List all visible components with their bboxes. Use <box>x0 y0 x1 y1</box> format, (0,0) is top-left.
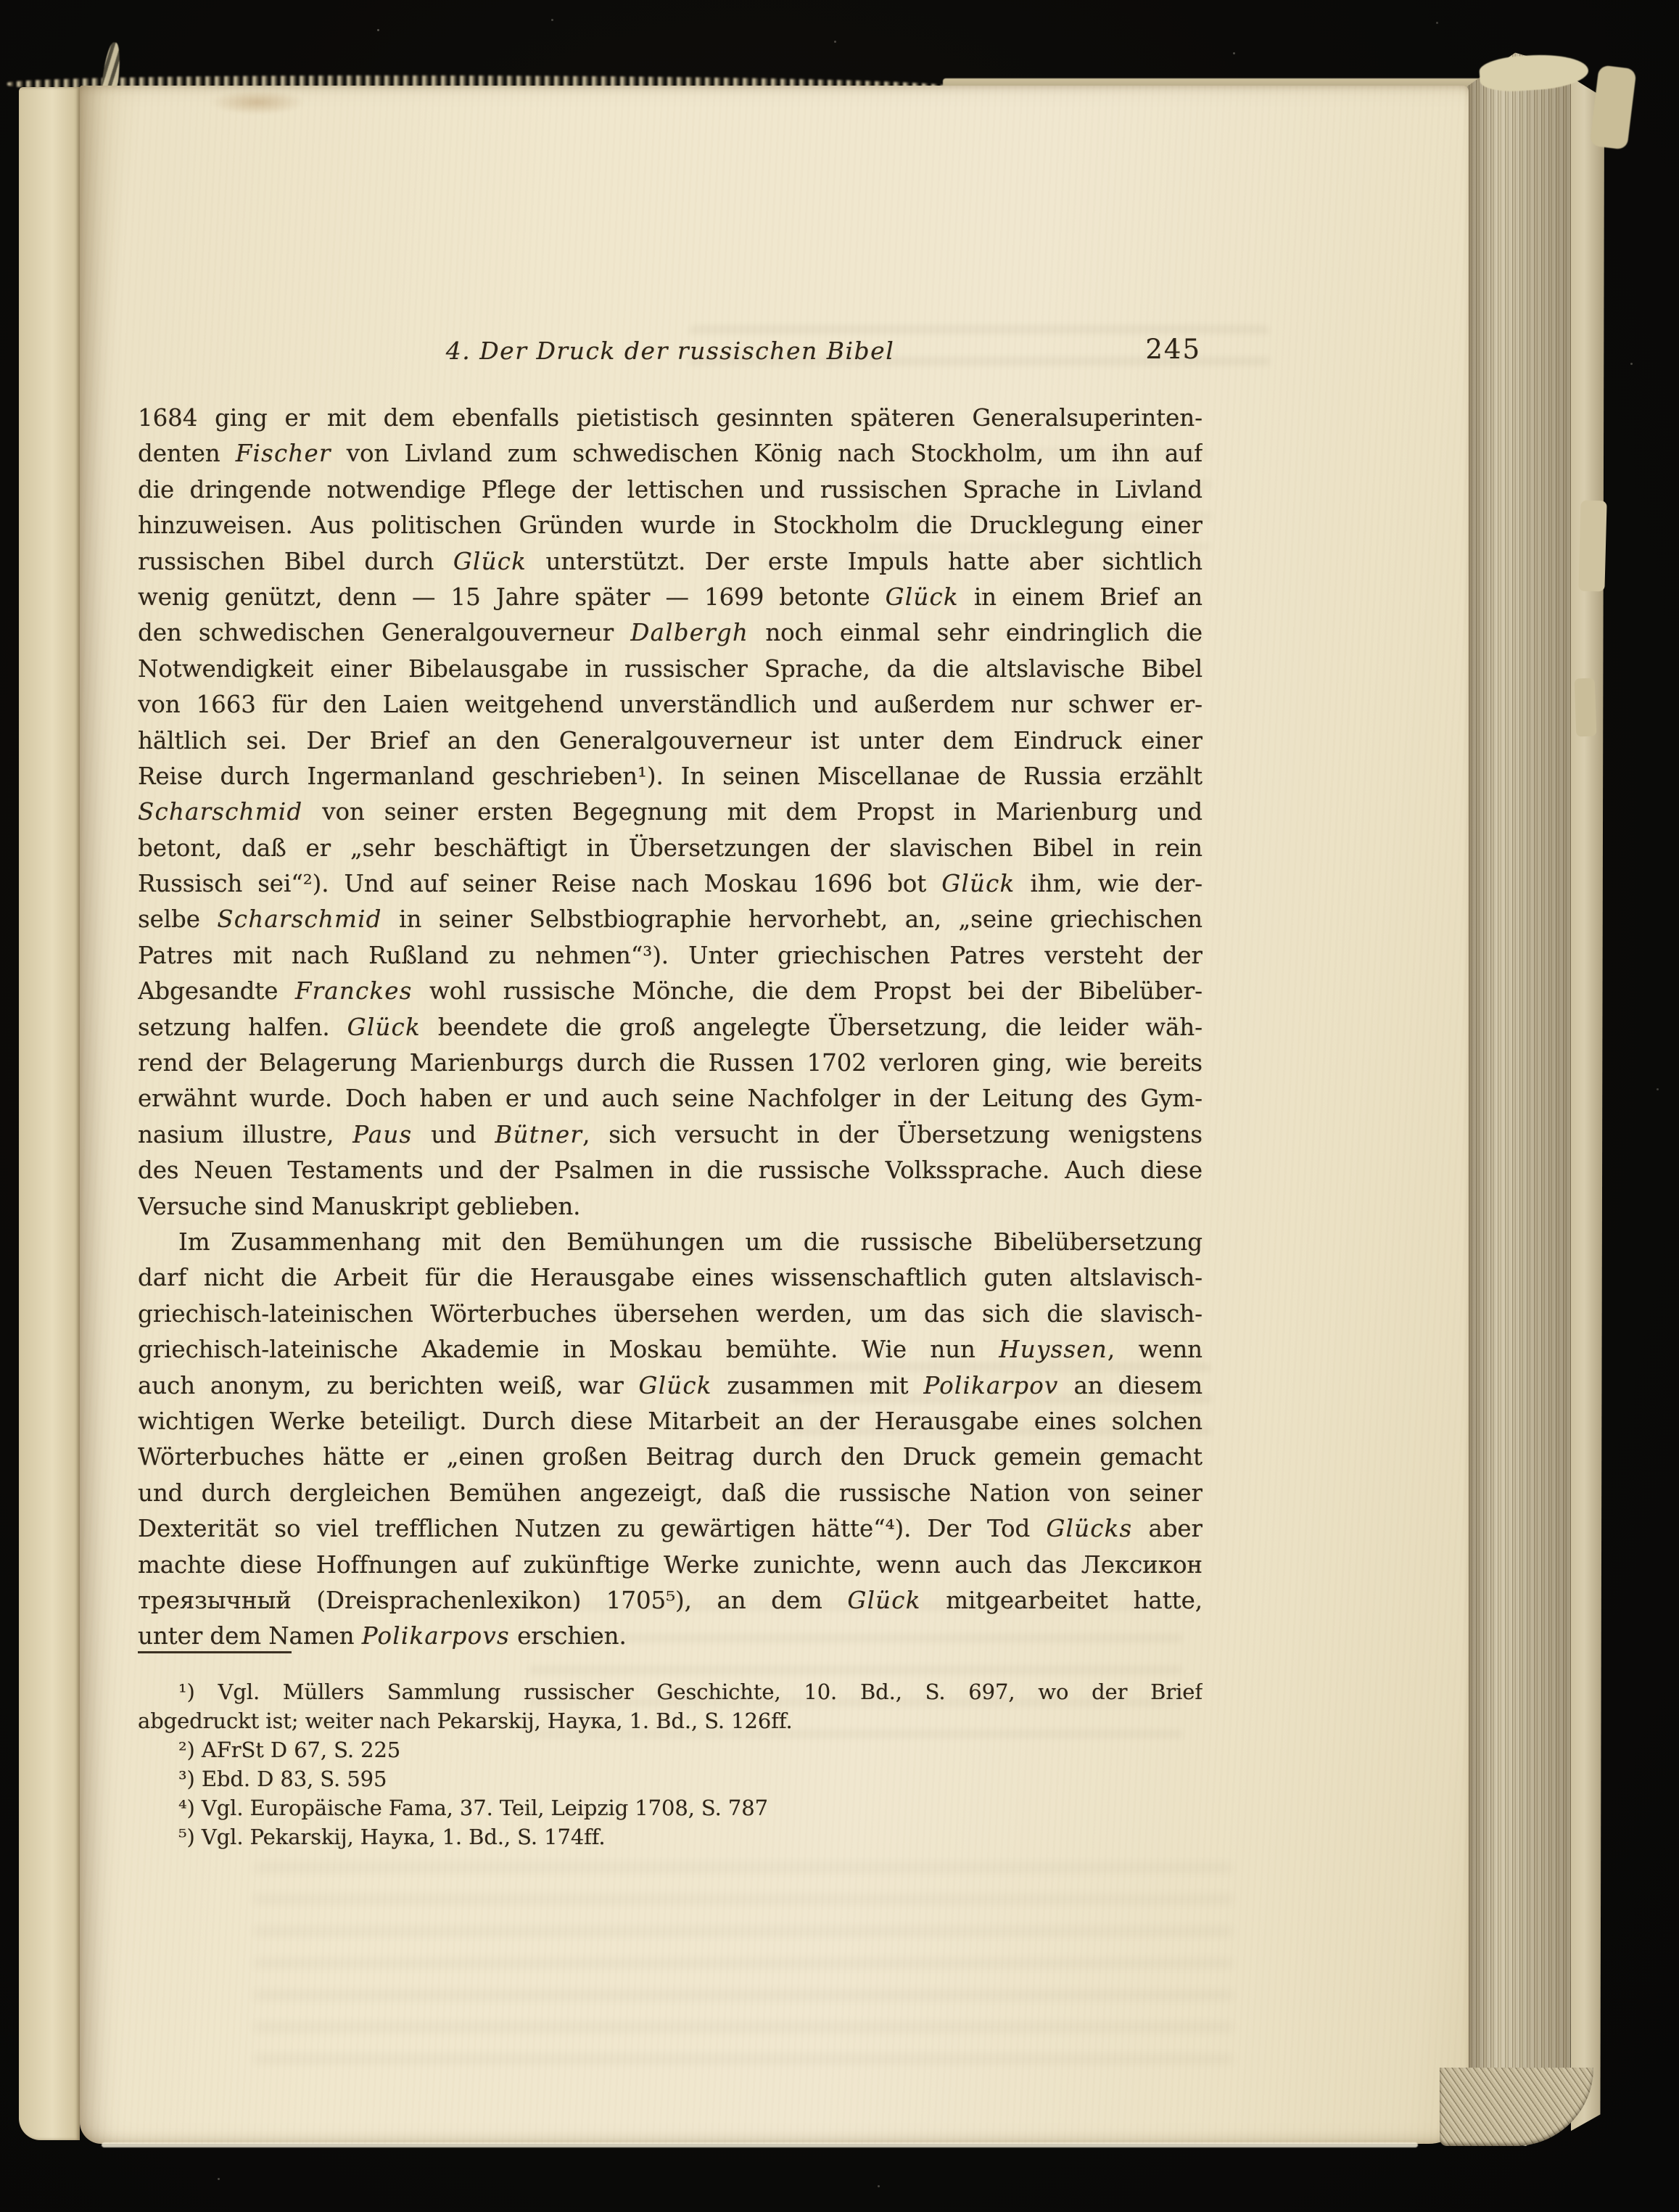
torn-edge-tab <box>1575 678 1597 737</box>
text-line: 1684 ging er mit dem ebenfalls pietistis… <box>138 400 1202 436</box>
footnote-line: ¹) Vgl. Müllers Sammlung russischer Gesc… <box>138 1677 1202 1706</box>
running-head: 4. Der Druck der russischen Bibel 245 <box>138 332 1202 370</box>
text-line: Reise durch Ingermanland geschrieben¹). … <box>138 759 1202 794</box>
torn-paper-scrap <box>1589 65 1636 150</box>
text-line: denten Fischer von Livland zum schwedisc… <box>138 436 1202 472</box>
text-line: wichtigen Werke beteiligt. Durch diese M… <box>138 1404 1202 1439</box>
text-line: erwähnt wurde. Doch haben er und auch se… <box>138 1081 1202 1117</box>
fore-edge-pages <box>1467 46 1574 2146</box>
text-line: griechisch-lateinische Akademie in Moska… <box>138 1332 1202 1368</box>
text-line: rend der Belagerung Marienburgs durch di… <box>138 1045 1202 1081</box>
footnotes: ¹) Vgl. Müllers Sammlung russischer Gesc… <box>138 1677 1202 1851</box>
text-line: Im Zusammenhang mit den Bemühungen um di… <box>138 1225 1202 1260</box>
footnote-line: ⁵) Vgl. Pekarskij, Наука, 1. Bd., S. 174… <box>138 1822 1202 1851</box>
text-line: hältlich sei. Der Brief an den Generalgo… <box>138 723 1202 759</box>
text-line: wenig genützt, denn — 15 Jahre später — … <box>138 580 1202 615</box>
curled-page-corner <box>1440 2068 1593 2146</box>
text-line: selbe Scharschmid in seiner Selbstbiogra… <box>138 902 1202 937</box>
text-line: Versuche sind Manuskript geblieben. <box>138 1189 1202 1225</box>
text-line: setzung halfen. Glück beendete die groß … <box>138 1010 1202 1045</box>
text-line: auch anonym, zu berichten weiß, war Glüc… <box>138 1368 1202 1404</box>
text-line: nasium illustre, Paus und Bütner, sich v… <box>138 1117 1202 1153</box>
footnote-line: abgedruckt ist; weiter nach Pekarskij, Н… <box>138 1706 1202 1735</box>
text-line: betont, daß er „sehr beschäftigt in Über… <box>138 831 1202 866</box>
text-line: hinzuweisen. Aus politischen Gründen wur… <box>138 508 1202 543</box>
text-line: von 1663 für den Laien weitgehend unvers… <box>138 687 1202 723</box>
text-line: Notwendigkeit einer Bibelausgabe in russ… <box>138 651 1202 687</box>
text-line: die dringende notwendige Pflege der lett… <box>138 472 1202 508</box>
text-line: des Neuen Testaments und der Psalmen in … <box>138 1153 1202 1188</box>
footnote-line: ³) Ebd. D 83, S. 595 <box>138 1764 1202 1793</box>
text-line: Abgesandte Franckes wohl russische Mönch… <box>138 974 1202 1009</box>
text-line: darf nicht die Arbeit für die Herausgabe… <box>138 1260 1202 1296</box>
gutter-page-sliver <box>19 87 80 2140</box>
text-line: und durch dergleichen Bemühen angezeigt,… <box>138 1476 1202 1511</box>
chapter-title: 4. Der Druck der russischen Bibel <box>138 332 1202 370</box>
text-line: Wörterbuches hätte er „einen großen Beit… <box>138 1439 1202 1475</box>
text-line: russischen Bibel durch Glück unterstützt… <box>138 544 1202 580</box>
text-line: den schwedischen Generalgouverneur Dalbe… <box>138 615 1202 651</box>
torn-edge-tab <box>1578 501 1606 592</box>
footnote-line: ⁴) Vgl. Europäische Fama, 37. Teil, Leip… <box>138 1793 1202 1822</box>
text-line: machte diese Hoffnungen auf zukünftige W… <box>138 1547 1202 1583</box>
text-line: Russisch sei“²). Und auf seiner Reise na… <box>138 866 1202 902</box>
footnote-rule <box>138 1651 292 1653</box>
scanned-book-photo: 4. Der Druck der russischen Bibel 245 16… <box>0 0 1679 2212</box>
text-line: griechisch-lateinischen Wörterbuches übe… <box>138 1296 1202 1332</box>
text-line: Dexterität so viel trefflichen Nutzen zu… <box>138 1511 1202 1547</box>
text-line: треязычный (Dreisprachenlexikon) 1705⁵),… <box>138 1583 1202 1619</box>
dust-specks <box>0 0 2 2</box>
page-content: 4. Der Druck der russischen Bibel 245 16… <box>80 86 1469 2144</box>
text-line: unter dem Namen Polikarpovs erschien. <box>138 1619 1202 1654</box>
body-text: 1684 ging er mit dem ebenfalls pietistis… <box>138 400 1202 1655</box>
text-line: Scharschmid von seiner ersten Begegnung … <box>138 794 1202 830</box>
text-line: Patres mit nach Rußland zu nehmen“³). Un… <box>138 938 1202 974</box>
fore-edge-outer-band <box>1571 69 1604 2135</box>
book-page: 4. Der Druck der russischen Bibel 245 16… <box>80 86 1469 2144</box>
footnote-line: ²) AFrSt D 67, S. 225 <box>138 1735 1202 1764</box>
page-number: 245 <box>1145 331 1201 369</box>
